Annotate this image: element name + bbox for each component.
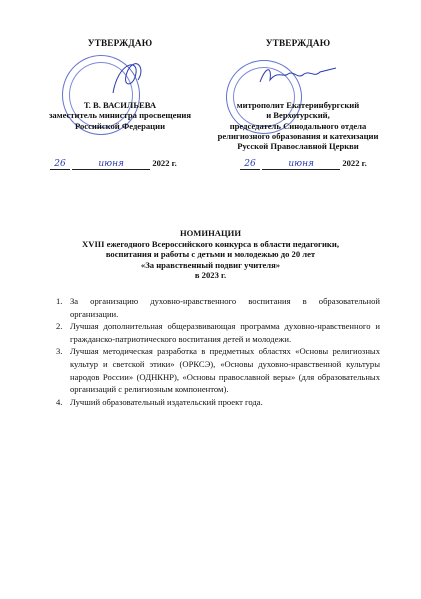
date-day: 26 [50,159,70,170]
date-month: июня [262,159,340,170]
approver-position: Российской Федерации [40,121,200,131]
nomination-item: 1. За организацию духовно-нравственного … [56,295,380,320]
nomination-text: Лучшая методическая разработка в предмет… [70,346,380,394]
title-line: XVIII ежегодного Всероссийского конкурса… [0,239,421,250]
approval-block-church: УТВЕРЖДАЮ митрополит Екатеринбургский и … [200,38,396,151]
title-line: воспитания и работы с детьми и молодежью… [0,249,421,260]
date-day: 26 [240,159,260,170]
date-year: 2022 г. [342,158,366,168]
approval-heading: УТВЕРЖДАЮ [40,38,200,48]
nominations-list: 1. За организацию духовно-нравственного … [56,295,380,408]
approval-block-ministry: УТВЕРЖДАЮ Т. В. ВАСИЛЬЕВА заместитель ми… [40,38,200,131]
nomination-number: 3. [56,345,62,358]
nomination-item: 4. Лучший образовательный издательский п… [56,396,380,409]
approver-position: председатель Синодального отдела [200,121,396,131]
approval-heading: УТВЕРЖДАЮ [200,38,396,48]
title-line: НОМИНАЦИИ [0,228,421,239]
nomination-number: 2. [56,320,62,333]
date-year: 2022 г. [152,158,176,168]
approver-position: митрополит Екатеринбургский [200,100,396,110]
approver-position: заместитель министра просвещения [40,110,200,120]
document-title: НОМИНАЦИИ XVIII ежегодного Всероссийског… [0,228,421,281]
title-line: в 2023 г. [0,270,421,281]
nomination-number: 1. [56,295,62,308]
approver-position: религиозного образования и катехизации [200,131,396,141]
approver-position: и Верхотурский, [200,110,396,120]
nomination-text: Лучший образовательный издательский прое… [70,397,263,407]
date-month: июня [72,159,150,170]
nomination-number: 4. [56,396,62,409]
approval-date-left: 26 июня 2022 г. [50,158,177,170]
approver-position: Русской Православной Церкви [200,141,396,151]
nomination-item: 2. Лучшая дополнительная общеразвивающая… [56,320,380,345]
nomination-item: 3. Лучшая методическая разработка в пред… [56,345,380,395]
approval-date-right: 26 июня 2022 г. [240,158,367,170]
title-line: «За нравственный подвиг учителя» [0,260,421,271]
nomination-text: За организацию духовно-нравственного вос… [70,296,380,319]
nomination-text: Лучшая дополнительная общеразвивающая пр… [70,321,380,344]
approver-name: Т. В. ВАСИЛЬЕВА [40,100,200,110]
